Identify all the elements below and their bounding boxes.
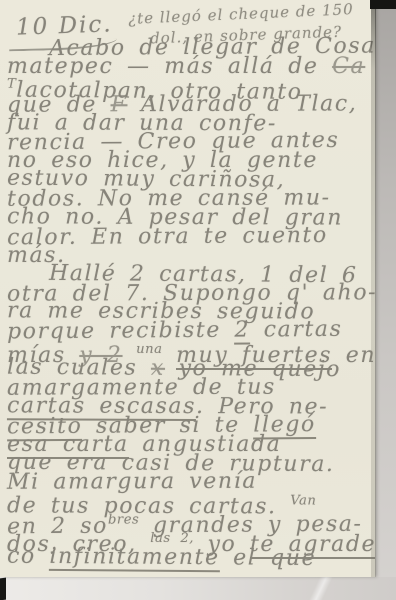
paper-edge-shadow bbox=[371, 0, 376, 577]
handwritten-line: cartas escasas. Pero ne- bbox=[7, 394, 371, 414]
handwritten-line: más. bbox=[7, 244, 371, 263]
letter-sheet: 10 Dic. ¿te llegó el cheque de 150 dol.,… bbox=[0, 0, 375, 577]
handwritten-line: que de F Alvarado a Tlac, bbox=[7, 92, 371, 112]
inserted-text: bres bbox=[108, 513, 139, 528]
handwritten-line: de tus pocas cartas. Van bbox=[7, 489, 371, 509]
handwritten-line: esa carta angustiada bbox=[7, 433, 371, 452]
handwritten-line: Mi amargura venía bbox=[7, 470, 371, 490]
handwritten-line: co infinitamente el que bbox=[7, 545, 371, 567]
handwritten-line: matepec — más allá de Ca bbox=[7, 55, 371, 74]
underlined-text: infinitamente bbox=[49, 544, 219, 572]
handwritten-text: co bbox=[7, 544, 50, 569]
scan-edge-bottom-left bbox=[0, 578, 6, 600]
letter-body: Acabo de llegar de Cosa-matepec — más al… bbox=[7, 36, 371, 565]
handwritten-line: en 2 sobres grandes y pesa- bbox=[7, 507, 371, 529]
handwritten-text: el que bbox=[220, 545, 317, 571]
scan-edge-top-right bbox=[370, 0, 396, 9]
scan-background-bottom bbox=[0, 577, 396, 600]
handwritten-line: porque recibiste 2 cartas bbox=[7, 318, 371, 340]
inserted-text: T bbox=[7, 76, 16, 91]
